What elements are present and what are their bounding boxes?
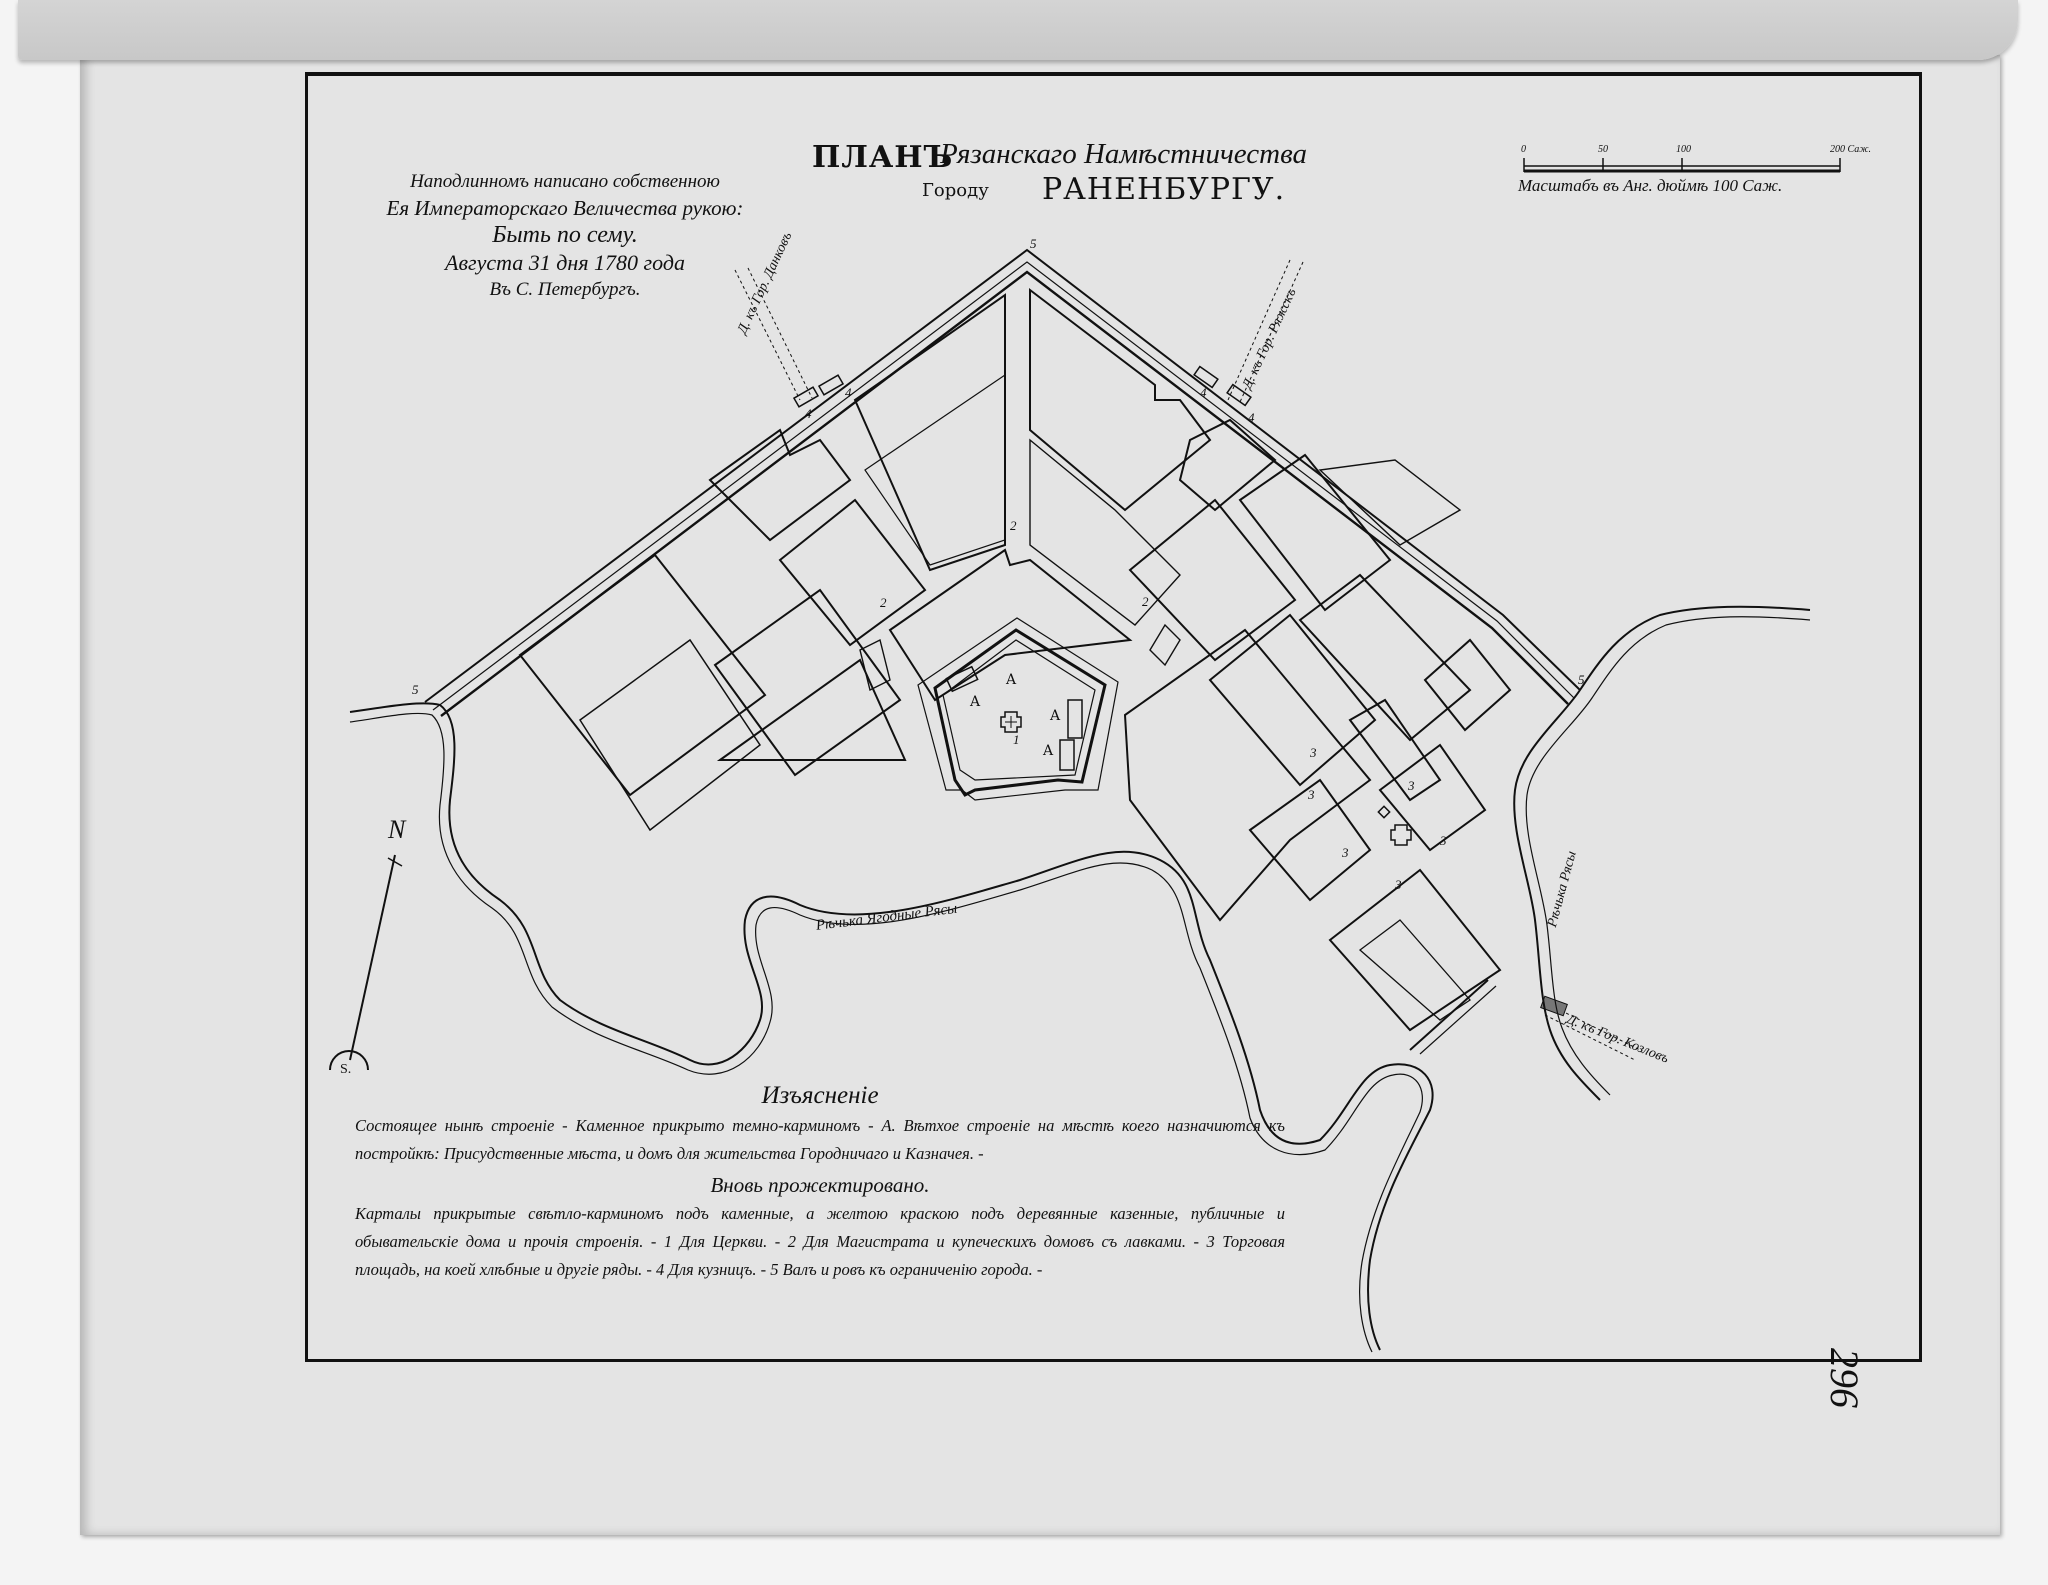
approval-line-1: Наподлинномъ написано собственною: [330, 168, 800, 195]
province-name: Рязанскаго Намѣстничества: [940, 138, 1307, 171]
approval-line-3: Быть по сему.: [330, 222, 800, 249]
scale-bar: [1524, 158, 1840, 172]
legend: Изъясненіе Состоящее нынѣ строенiе - Кам…: [355, 1080, 1285, 1284]
scale-tick-200: 200 Саж.: [1830, 144, 1871, 155]
marker-2-left: 2: [880, 595, 887, 611]
rampart-wall: [425, 250, 1580, 1054]
marker-5-right: 5: [1578, 672, 1585, 688]
marker-a-3: A: [1050, 708, 1060, 724]
scale-tick-50: 50: [1598, 144, 1608, 155]
market-church-icon: [1378, 806, 1411, 845]
marker-4-a: 4: [805, 406, 812, 422]
legend-projected-text: Карталы прикрытые свѣтло-карминомъ подъ …: [355, 1200, 1285, 1284]
marker-4-b: 4: [845, 385, 852, 401]
legend-heading: Изъясненіе: [355, 1080, 1285, 1112]
marker-a-1: A: [1006, 672, 1016, 688]
compass-north: N: [388, 815, 405, 845]
scale-tick-100: 100: [1676, 144, 1691, 155]
town-prefix: Городу: [922, 180, 989, 201]
town-name: РАНЕНБУРГУ.: [1042, 172, 1285, 207]
marker-a-4: A: [1043, 743, 1053, 759]
approval-line-2: Ея Императорскаго Величества рукою:: [330, 195, 800, 222]
marker-3-b: 3: [1308, 787, 1315, 803]
scale-tick-0: 0: [1521, 144, 1526, 155]
page-number: 296: [1821, 1348, 1868, 1408]
marker-3-e: 3: [1440, 833, 1447, 849]
marker-5-top: 5: [1030, 236, 1037, 252]
marker-4-c: 4: [1200, 385, 1207, 401]
legend-existing-text: Состоящее нынѣ строенiе - Каменное прикр…: [355, 1112, 1285, 1168]
plan-title: ПЛАНЪ: [812, 140, 953, 175]
compass-icon: [330, 855, 402, 1070]
marker-3-f: 3: [1395, 877, 1402, 893]
marker-3-d: 3: [1342, 845, 1349, 861]
marker-4-d: 4: [1248, 410, 1255, 426]
marker-5-left: 5: [412, 682, 419, 698]
marker-1-church: 1: [1013, 732, 1020, 748]
imperial-approval-note: Наподлинномъ написано собственною Ея Имп…: [330, 168, 800, 303]
approval-place: Въ С. Петербургъ.: [330, 276, 800, 303]
marker-2-top: 2: [1010, 518, 1017, 534]
marker-3-c: 3: [1408, 778, 1415, 794]
scale-label: Масштабъ въ Анг. дюймѣ 100 Саж.: [1518, 176, 1782, 196]
marker-3-a: 3: [1310, 745, 1317, 761]
marker-2-right: 2: [1142, 594, 1149, 610]
legend-projected-heading: Вновь прожектировано.: [355, 1170, 1285, 1200]
approval-date: Августа 31 дня 1780 года: [330, 249, 800, 276]
compass-south: S.: [340, 1062, 351, 1078]
city-blocks-right: [1030, 290, 1510, 1030]
marker-a-2: A: [970, 694, 980, 710]
town-plan-map: [0, 0, 2048, 1585]
